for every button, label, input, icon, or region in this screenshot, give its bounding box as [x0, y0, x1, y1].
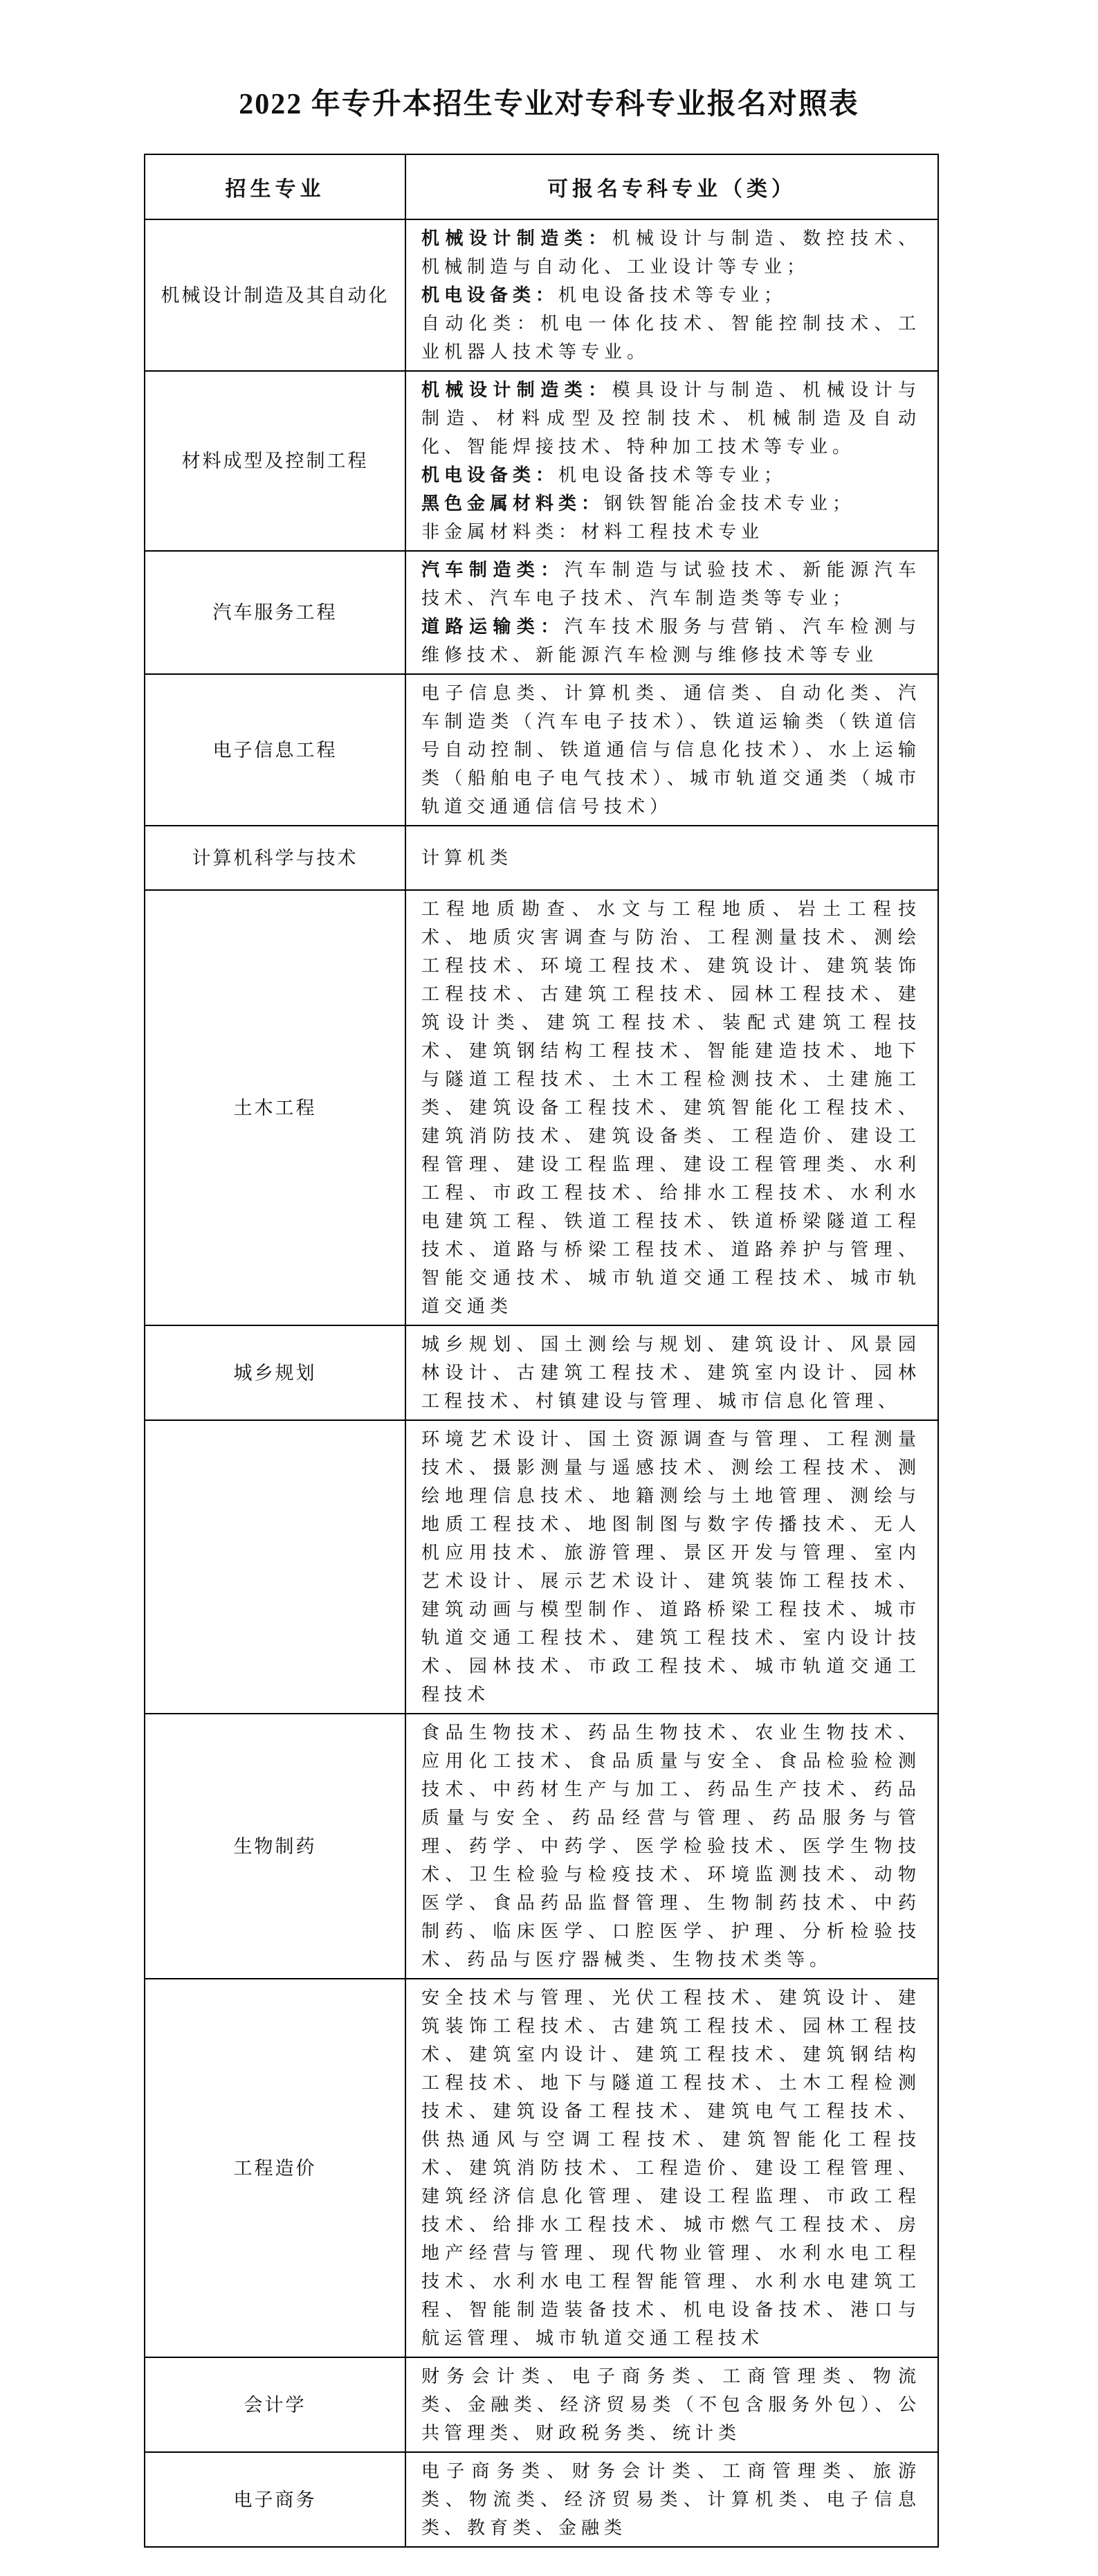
- table-row: 城乡规划城乡规划、国土测绘与规划、建筑设计、风景园林设计、古建筑工程技术、建筑室…: [145, 1325, 938, 1420]
- major-group-line: 汽车制造类：汽车制造与试验技术、新能源汽车技术、汽车电子技术、汽车制造类等专业；: [421, 556, 921, 613]
- document-title: 2022 年专升本招生专业对专科专业报名对照表: [0, 0, 1098, 122]
- major-category-label: 机械设计制造类：: [421, 380, 612, 400]
- major-category-label: 黑色金属材料类：: [421, 493, 604, 514]
- eligible-majors-cell: 计算机类: [405, 826, 938, 890]
- table-row: 土木工程工程地质勘查、水文与工程地质、岩土工程技术、地质灾害调查与防治、工程测量…: [145, 890, 938, 1325]
- major-group-line: 城乡规划、国土测绘与规划、建筑设计、风景园林设计、古建筑工程技术、建筑室内设计、…: [421, 1330, 921, 1415]
- enroll-major-cell: 计算机科学与技术: [145, 826, 405, 890]
- major-group-line: 电子商务类、财务会计类、工商管理类、旅游类、物流类、经济贸易类、计算机类、电子信…: [421, 2457, 921, 2542]
- enroll-major-cell: 电子商务: [145, 2452, 405, 2547]
- table-row: 会计学财务会计类、电子商务类、工商管理类、物流类、金融类、经济贸易类（不包含服务…: [145, 2357, 938, 2452]
- major-group-line: 计算机类: [421, 844, 921, 872]
- major-group-line: 工程地质勘查、水文与工程地质、岩土工程技术、地质灾害调查与防治、工程测量技术、测…: [421, 895, 921, 1321]
- enroll-major-cell: 汽车服务工程: [145, 551, 405, 674]
- major-group-line: 机电设备类：机电设备技术等专业；: [421, 281, 921, 309]
- eligible-majors-cell: 城乡规划、国土测绘与规划、建筑设计、风景园林设计、古建筑工程技术、建筑室内设计、…: [405, 1325, 938, 1420]
- major-group-line: 自动化类：机电一体化技术、智能控制技术、工业机器人技术等专业。: [421, 309, 921, 366]
- table-row: 汽车服务工程汽车制造类：汽车制造与试验技术、新能源汽车技术、汽车电子技术、汽车制…: [145, 551, 938, 674]
- table-header-row: 招生专业 可报名专科专业（类）: [145, 154, 938, 219]
- major-group-line: 机电设备类：机电设备技术等专业；: [421, 461, 921, 489]
- eligible-majors-cell: 汽车制造类：汽车制造与试验技术、新能源汽车技术、汽车电子技术、汽车制造类等专业；…: [405, 551, 938, 674]
- enroll-major-cell: 城乡规划: [145, 1325, 405, 1420]
- major-category-label: 道路运输类：: [421, 617, 565, 637]
- column-header-eligible-majors: 可报名专科专业（类）: [405, 154, 938, 219]
- major-group-line: 安全技术与管理、光伏工程技术、建筑设计、建筑装饰工程技术、古建筑工程技术、园林工…: [421, 1984, 921, 2352]
- table-body: 机械设计制造及其自动化机械设计制造类：机械设计与制造、数控技术、机械制造与自动化…: [145, 219, 938, 2547]
- major-group-line: 非金属材料类：材料工程技术专业: [421, 518, 921, 546]
- major-group-line: 机械设计制造类：模具设计与制造、机械设计与制造、材料成型及控制技术、机械制造及自…: [421, 376, 921, 461]
- eligible-majors-cell: 机械设计制造类：机械设计与制造、数控技术、机械制造与自动化、工业设计等专业；机电…: [405, 219, 938, 371]
- major-group-line: 环境艺术设计、国土资源调查与管理、工程测量技术、摄影测量与遥感技术、测绘工程技术…: [421, 1425, 921, 1709]
- major-group-line: 电子信息类、计算机类、通信类、自动化类、汽车制造类（汽车电子技术）、铁道运输类（…: [421, 679, 921, 821]
- major-category-label: 非金属材料类：: [421, 522, 581, 542]
- enroll-major-cell: 会计学: [145, 2357, 405, 2452]
- table-row: 电子信息工程电子信息类、计算机类、通信类、自动化类、汽车制造类（汽车电子技术）、…: [145, 674, 938, 826]
- major-category-label: 汽车制造类：: [421, 560, 565, 580]
- enroll-major-cell: 机械设计制造及其自动化: [145, 219, 405, 371]
- major-group-line: 财务会计类、电子商务类、工商管理类、物流类、金融类、经济贸易类（不包含服务外包）…: [421, 2362, 921, 2447]
- enroll-major-cell: 土木工程: [145, 890, 405, 1325]
- table-row: 电子商务电子商务类、财务会计类、工商管理类、旅游类、物流类、经济贸易类、计算机类…: [145, 2452, 938, 2547]
- enroll-major-cell: 工程造价: [145, 1979, 405, 2357]
- major-category-label: 自动化类：: [421, 314, 540, 334]
- major-category-label: 机电设备类：: [421, 465, 558, 485]
- table-row: 环境艺术设计、国土资源调查与管理、工程测量技术、摄影测量与遥感技术、测绘工程技术…: [145, 1420, 938, 1714]
- major-group-line: 机械设计制造类：机械设计与制造、数控技术、机械制造与自动化、工业设计等专业；: [421, 224, 921, 281]
- column-header-enroll-major: 招生专业: [145, 154, 405, 219]
- table-row: 机械设计制造及其自动化机械设计制造类：机械设计与制造、数控技术、机械制造与自动化…: [145, 219, 938, 371]
- eligible-majors-cell: 财务会计类、电子商务类、工商管理类、物流类、金融类、经济贸易类（不包含服务外包）…: [405, 2357, 938, 2452]
- major-group-line: 道路运输类：汽车技术服务与营销、汽车检测与维修技术、新能源汽车检测与维修技术等专…: [421, 613, 921, 669]
- table-row: 工程造价安全技术与管理、光伏工程技术、建筑设计、建筑装饰工程技术、古建筑工程技术…: [145, 1979, 938, 2357]
- table-row: 计算机科学与技术计算机类: [145, 826, 938, 890]
- table-row: 材料成型及控制工程机械设计制造类：模具设计与制造、机械设计与制造、材料成型及控制…: [145, 371, 938, 551]
- major-category-label: 机电设备类：: [421, 285, 558, 305]
- enroll-major-cell: 材料成型及控制工程: [145, 371, 405, 551]
- major-group-line: 黑色金属材料类：钢铁智能冶金技术专业；: [421, 489, 921, 518]
- eligible-majors-cell: 安全技术与管理、光伏工程技术、建筑设计、建筑装饰工程技术、古建筑工程技术、园林工…: [405, 1979, 938, 2357]
- eligible-majors-cell: 电子商务类、财务会计类、工商管理类、旅游类、物流类、经济贸易类、计算机类、电子信…: [405, 2452, 938, 2547]
- document-page: 2022 年专升本招生专业对专科专业报名对照表 招生专业 可报名专科专业（类） …: [0, 0, 1098, 2548]
- major-group-line: 食品生物技术、药品生物技术、农业生物技术、应用化工技术、食品质量与安全、食品检验…: [421, 1718, 921, 1974]
- table-row: 生物制药食品生物技术、药品生物技术、农业生物技术、应用化工技术、食品质量与安全、…: [145, 1714, 938, 1979]
- eligible-majors-cell: 机械设计制造类：模具设计与制造、机械设计与制造、材料成型及控制技术、机械制造及自…: [405, 371, 938, 551]
- eligible-majors-cell: 环境艺术设计、国土资源调查与管理、工程测量技术、摄影测量与遥感技术、测绘工程技术…: [405, 1420, 938, 1714]
- majors-mapping-table: 招生专业 可报名专科专业（类） 机械设计制造及其自动化机械设计制造类：机械设计与…: [144, 154, 939, 2548]
- enroll-major-cell: 电子信息工程: [145, 674, 405, 826]
- enroll-major-cell: [145, 1420, 405, 1714]
- major-category-label: 机械设计制造类：: [421, 228, 612, 248]
- eligible-majors-cell: 食品生物技术、药品生物技术、农业生物技术、应用化工技术、食品质量与安全、食品检验…: [405, 1714, 938, 1979]
- eligible-majors-cell: 工程地质勘查、水文与工程地质、岩土工程技术、地质灾害调查与防治、工程测量技术、测…: [405, 890, 938, 1325]
- eligible-majors-cell: 电子信息类、计算机类、通信类、自动化类、汽车制造类（汽车电子技术）、铁道运输类（…: [405, 674, 938, 826]
- enroll-major-cell: 生物制药: [145, 1714, 405, 1979]
